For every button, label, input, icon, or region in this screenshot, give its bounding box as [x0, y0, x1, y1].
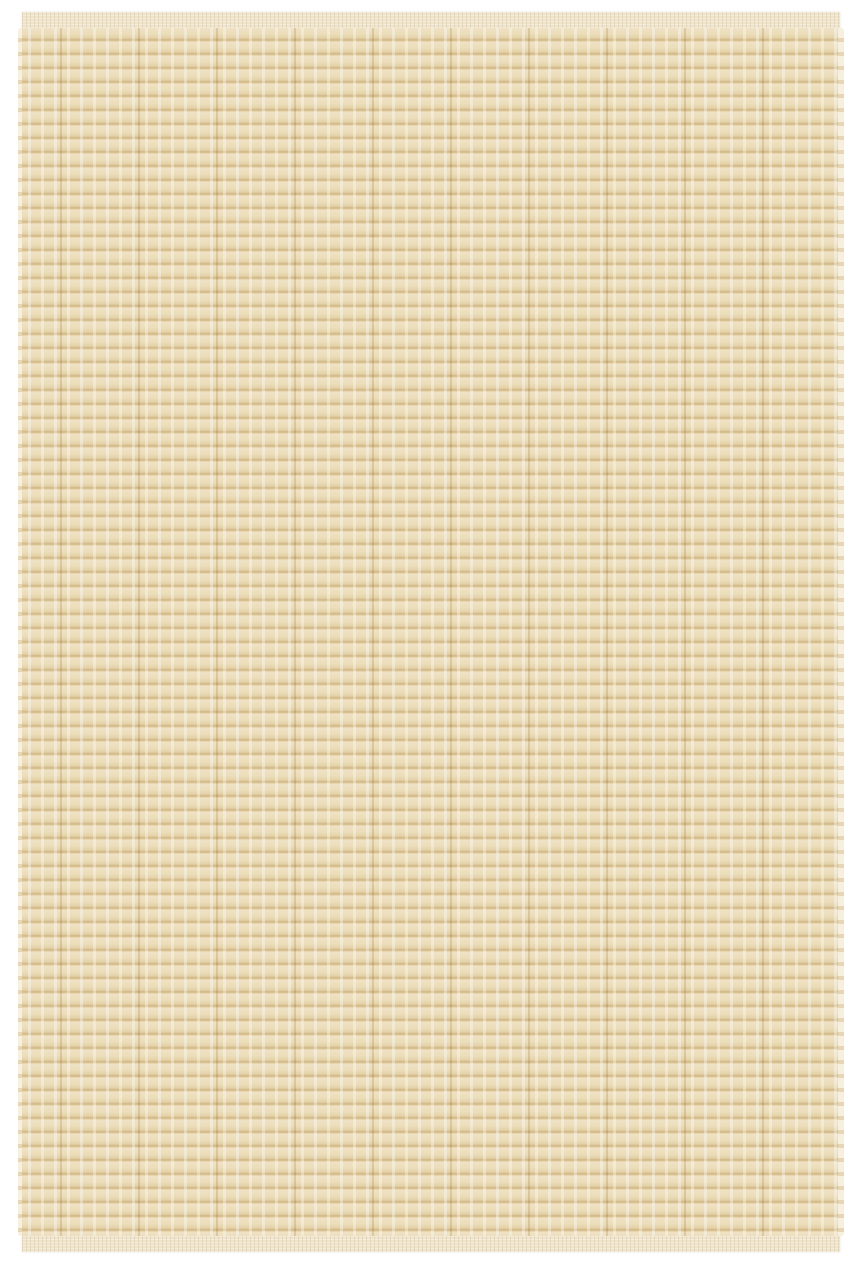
rug-bottom-border — [22, 1236, 840, 1252]
rug — [22, 12, 840, 1252]
rug-right-edge — [838, 28, 844, 1236]
rug-top-border — [22, 12, 840, 28]
rug-woven-field — [22, 28, 840, 1236]
